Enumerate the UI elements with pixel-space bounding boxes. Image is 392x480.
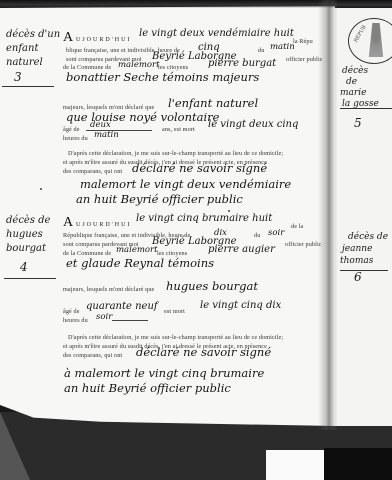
printed-text: officier public [285, 241, 322, 248]
handwritten-date: le vingt deux vendémiaire huit [139, 28, 294, 39]
handwritten-period: soir [268, 228, 284, 238]
seated-figure-icon [367, 23, 385, 57]
handwritten-commune: malemort [118, 60, 160, 70]
handwritten-witnesses: bonattier Seche témoins majeurs [66, 70, 259, 84]
margin-note-line: bourgat [6, 242, 46, 255]
margin-rule [2, 86, 54, 87]
handwritten-commune: malemort [116, 245, 158, 255]
printed-text: des comparans, qui ont [63, 352, 122, 359]
margin-note-line: marie [340, 88, 366, 99]
printed-text: heures du [63, 135, 88, 142]
ink-spot [40, 188, 42, 190]
printed-text: du [254, 232, 260, 239]
handwritten-witness: pierre burgat [208, 58, 276, 69]
margin-note-line: enfant [6, 42, 38, 55]
handwritten-period: matin [270, 42, 295, 52]
white-card [266, 450, 324, 480]
dark-object [324, 448, 392, 480]
handwritten-age: quarante neuf [86, 301, 158, 312]
printed-text: du [258, 47, 264, 54]
margin-rule [340, 108, 392, 109]
scanned-ledger-page: décès d'un enfant naturel 3 A UJOURD'HUI… [0, 0, 392, 480]
margin-note-line: décès [342, 66, 368, 77]
entry-number: 6 [354, 270, 362, 284]
handwritten-closing: an huit Beyrié officier public [76, 192, 243, 206]
handwritten-period: matin [94, 130, 119, 140]
handwritten-signature-note: déclaré ne savoir signé [132, 161, 267, 175]
printed-text: âgé de [63, 308, 80, 315]
handwritten-witness: pierre augier [208, 244, 275, 255]
margin-note-line: naturel [6, 56, 43, 69]
printed-text: heures du [63, 317, 88, 324]
fill-line [112, 320, 148, 321]
entry-number: 4 [20, 260, 28, 274]
handwritten-date: le vingt cinq brumaire huit [136, 213, 272, 224]
stamp-text: REPUB [353, 24, 367, 43]
printed-text: de la [291, 223, 303, 230]
entry-number: 3 [14, 70, 22, 84]
margin-note-line: décès de [348, 232, 388, 243]
ink-spot [228, 210, 230, 212]
margin-rule [340, 270, 388, 271]
printed-text: est mort [164, 308, 185, 315]
margin-note-line: de [346, 77, 357, 88]
handwritten-witnesses: et glaude Reynal témoins [66, 256, 214, 270]
drop-cap: A [63, 215, 73, 231]
margin-rule [4, 278, 56, 279]
handwritten-closing: à malemort le vingt cinq brumaire [64, 366, 264, 380]
printed-text: âgé de [63, 126, 80, 133]
page-edge [0, 412, 30, 480]
book-spine [318, 0, 338, 430]
handwritten-death-date: le vingt cinq dix [200, 300, 281, 311]
printed-text: la Répu [293, 38, 313, 45]
handwritten-declaration: l'enfant naturel [168, 96, 258, 110]
printed-text: officier public [286, 56, 323, 63]
printed-text: D'après cette déclaration, je me suis su… [68, 334, 283, 341]
entry-number: 5 [354, 116, 362, 130]
handwritten-closing: malemort le vingt deux vendémiaire [80, 177, 291, 191]
handwritten-period: soir [96, 312, 112, 322]
margin-note-line: décès d'un [6, 28, 60, 41]
printed-text: UJOURD'HUI [76, 37, 131, 43]
printed-text: D'après cette déclaration, je me suis su… [68, 150, 283, 157]
handwritten-signature-note: déclaré ne savoir signé [136, 345, 271, 359]
handwritten-death-date: le vingt deux cinq [208, 119, 298, 130]
drop-cap: A [63, 30, 73, 46]
printed-text: majeurs, lesquels m'ont déclaré que [63, 286, 154, 293]
handwritten-declaration: hugues bourgat [166, 279, 258, 293]
printed-text: ans, est mort [162, 126, 195, 133]
printed-text: des comparans, qui ont [63, 168, 122, 175]
margin-note-line: thomas [340, 256, 373, 267]
margin-note-line: jeanne [342, 244, 372, 255]
margin-note-line: hugues [6, 228, 43, 241]
printed-text: UJOURD'HUI [76, 222, 131, 228]
republic-stamp: REPUB [348, 18, 392, 64]
handwritten-age: deux [90, 120, 111, 130]
margin-note-line: décès de [6, 214, 50, 227]
handwritten-closing: an huit Beyrié officier public [64, 381, 231, 395]
